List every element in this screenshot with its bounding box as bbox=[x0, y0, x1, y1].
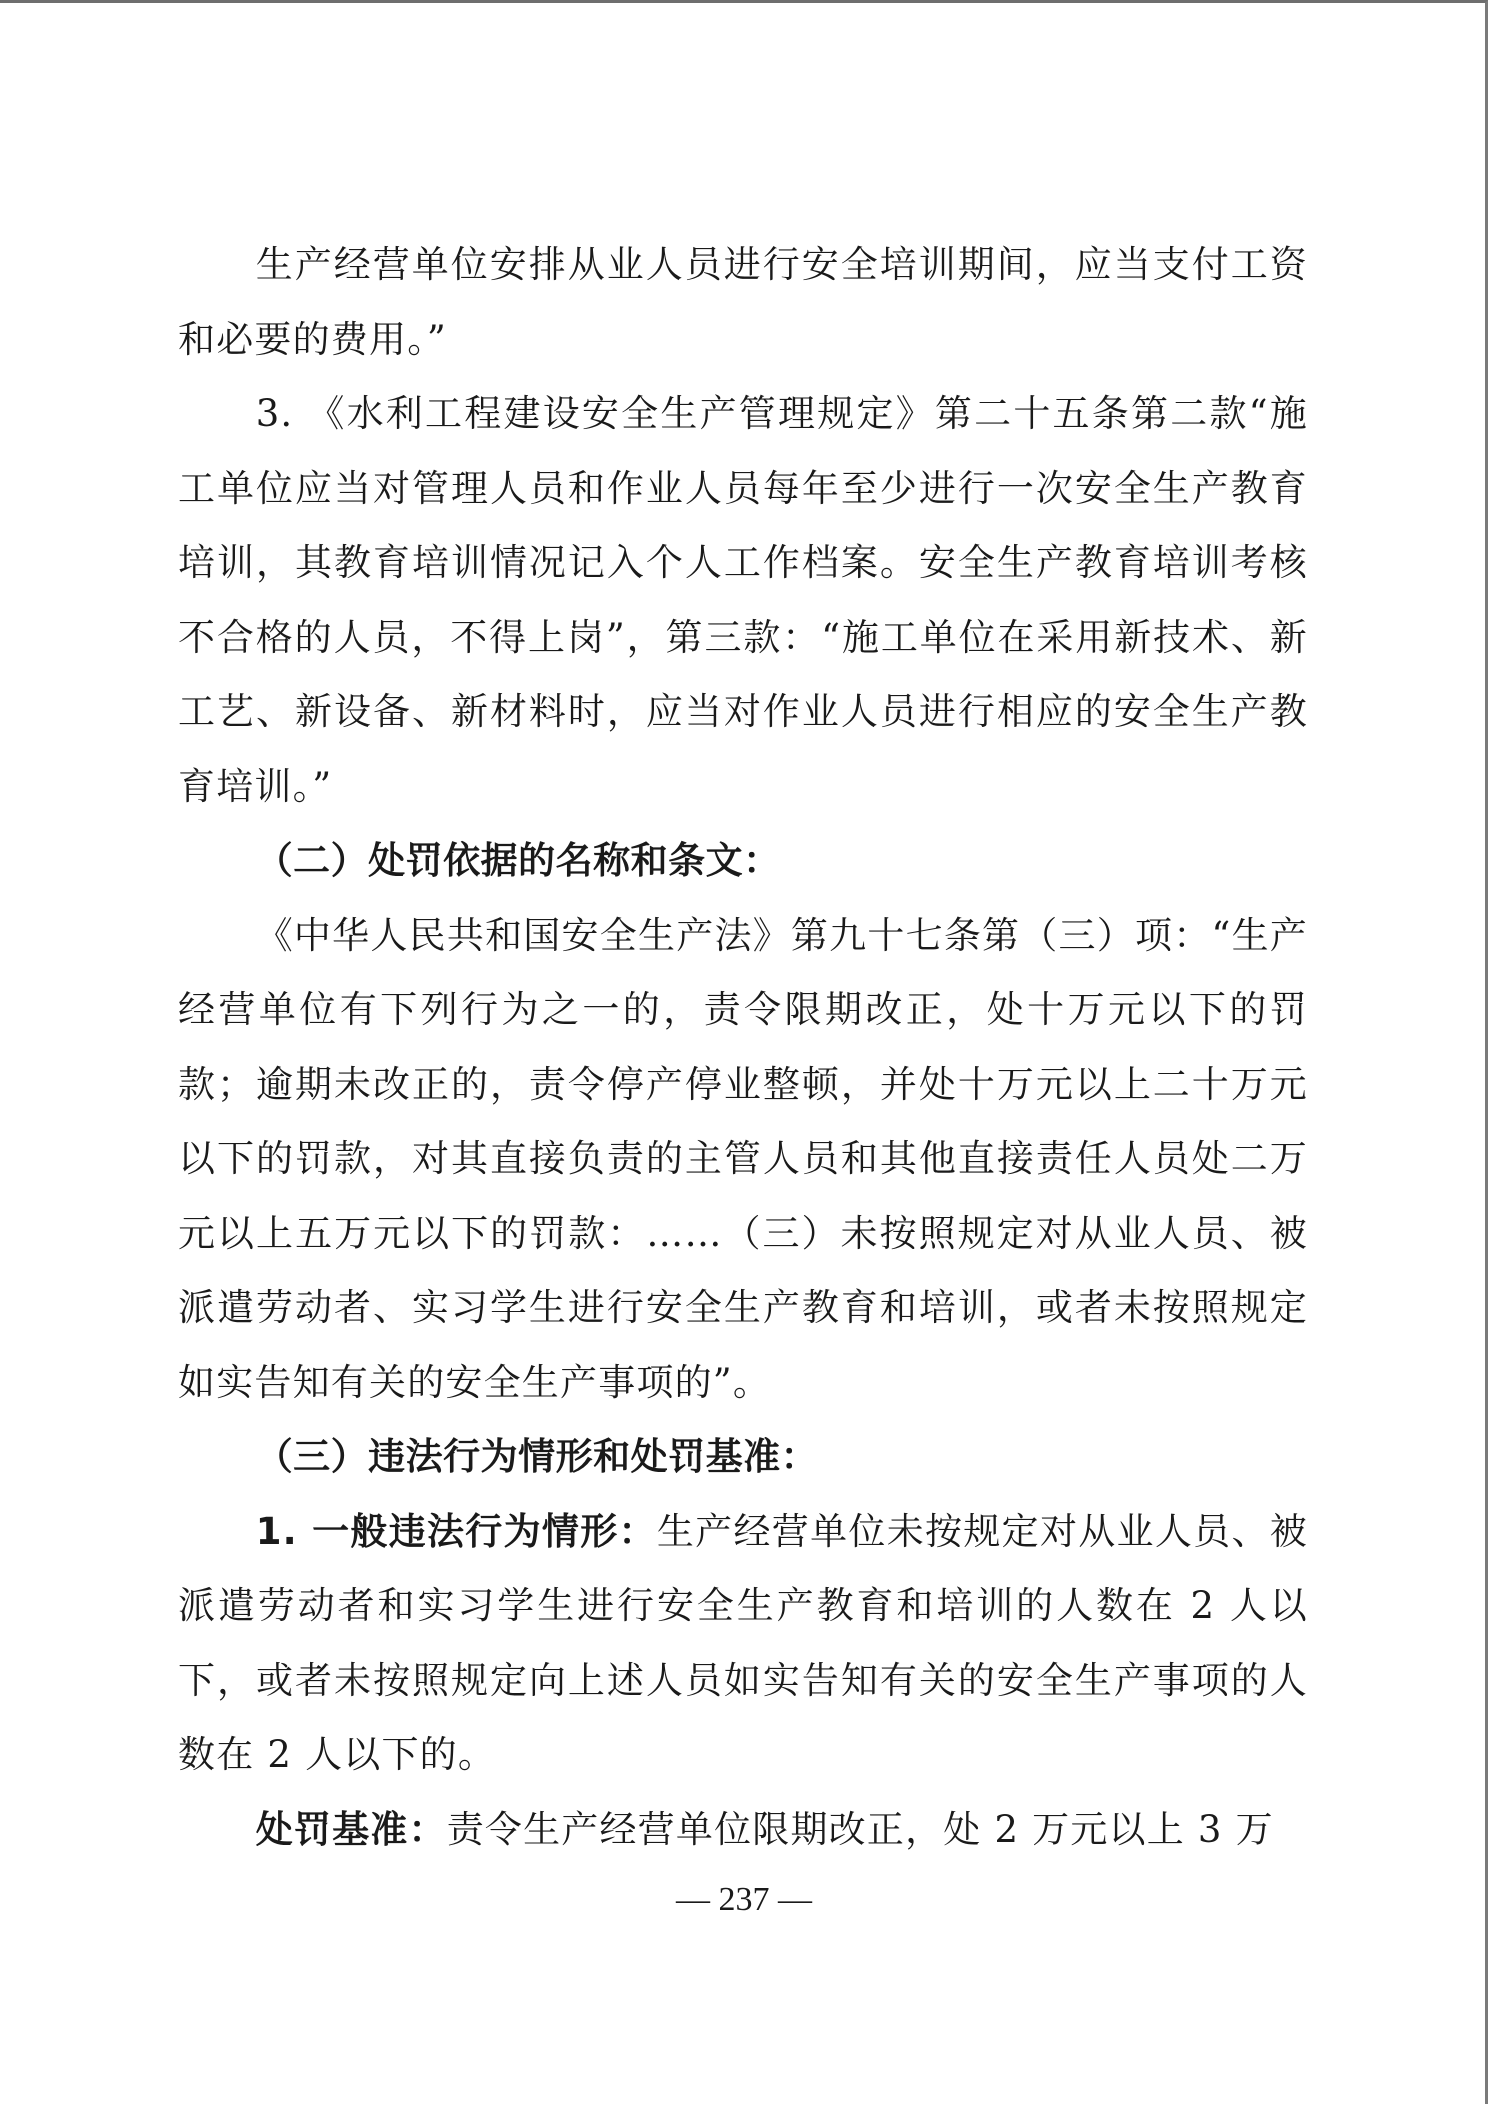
penalty-standard-text: 责令生产经营单位限期改正，处 2 万元以上 3 万 bbox=[447, 1808, 1274, 1851]
paragraph-water-regulation: 3. 《水利工程建设安全生产管理规定》第二十五条第二款“施工单位应当对管理人员和… bbox=[178, 377, 1308, 824]
section-heading-violation-criteria: （三）违法行为情形和处罚基准： bbox=[178, 1420, 1308, 1495]
paragraph-safety-law-article: 《中华人民共和国安全生产法》第九十七条第（三）项：“生产经营单位有下列行为之一的… bbox=[178, 899, 1308, 1421]
document-body: 生产经营单位安排从业人员进行安全培训期间，应当支付工资和必要的费用。” 3. 《… bbox=[178, 228, 1308, 1867]
penalty-standard-label: 处罚基准： bbox=[256, 1808, 447, 1851]
section-heading-penalty-basis: （二）处罚依据的名称和条文： bbox=[178, 824, 1308, 899]
paragraph-general-violation: 1. 一般违法行为情形：生产经营单位未按规定对从业人员、被派遣劳动者和实习学生进… bbox=[178, 1495, 1308, 1793]
paragraph-wages: 生产经营单位安排从业人员进行安全培训期间，应当支付工资和必要的费用。” bbox=[178, 228, 1308, 377]
paragraph-penalty-standard: 处罚基准：责令生产经营单位限期改正，处 2 万元以上 3 万 bbox=[178, 1793, 1308, 1868]
document-page: 生产经营单位安排从业人员进行安全培训期间，应当支付工资和必要的费用。” 3. 《… bbox=[0, 0, 1488, 2104]
page-number: — 237 — bbox=[0, 1881, 1488, 1919]
general-violation-label: 1. 一般违法行为情形： bbox=[256, 1510, 657, 1553]
